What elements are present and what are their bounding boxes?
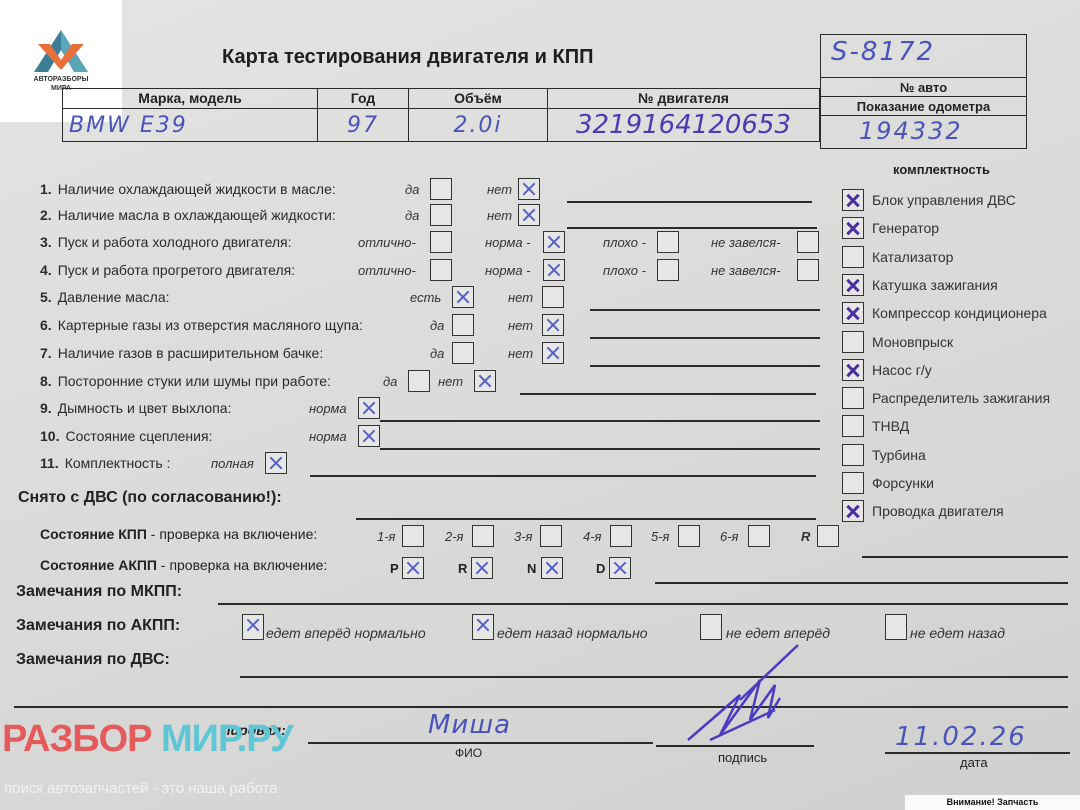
manual-gear-label: 2-я [445, 529, 464, 544]
note-line[interactable] [380, 448, 820, 450]
check-number: 3. [40, 234, 52, 250]
check-number: 2. [40, 207, 52, 223]
checkbox[interactable] [543, 231, 565, 253]
manual-gear-checkbox[interactable] [748, 525, 770, 547]
remarks-dvs-field[interactable] [240, 676, 1068, 678]
manual-gearbox-notes[interactable] [862, 556, 1068, 558]
manual-gear-label: 1-я [377, 529, 396, 544]
date-field[interactable] [885, 752, 1070, 754]
check-number: 11. [40, 455, 59, 471]
checkbox[interactable] [430, 204, 452, 226]
col-header-volume: Объём [454, 90, 502, 106]
col-header-engine-no: № двигателя [638, 90, 729, 106]
manual-gearbox-label-rest: - проверка на включение: [147, 526, 317, 542]
option-label: да [383, 374, 397, 389]
auto-gear-checkbox[interactable] [541, 557, 563, 579]
check-item-11: 11.Комплектность : [40, 455, 171, 471]
checkbox[interactable] [542, 286, 564, 308]
akpp-option-checkbox[interactable] [242, 614, 264, 640]
checkbox[interactable] [452, 342, 474, 364]
check-number: 1. [40, 181, 52, 197]
checkbox[interactable] [452, 286, 474, 308]
site-tagline: поиск автозапчастей - это наша работа [4, 780, 278, 797]
manual-gearbox-label: Состояние КПП [40, 526, 147, 542]
manual-gear-label: 5-я [651, 529, 670, 544]
check-label: Посторонние стуки или шумы при работе: [58, 373, 331, 389]
option-label: норма - [485, 263, 531, 278]
check-label: Наличие газов в расширительном бачке: [58, 345, 324, 361]
completeness-item: Блок управления ДВС [872, 192, 1016, 208]
date-value: 11.02.26 [895, 722, 1027, 752]
checkbox[interactable] [408, 370, 430, 392]
manual-gear-label: 3-я [514, 529, 533, 544]
checkbox[interactable] [430, 259, 452, 281]
car-info-box: S-8172 № авто Показание одометра 194332 [820, 34, 1027, 149]
auto-gearbox-label-rest: - проверка на включение: [157, 557, 327, 573]
note-line[interactable] [590, 365, 820, 367]
completeness-checkbox[interactable] [842, 444, 864, 466]
option-label: да [430, 318, 444, 333]
manual-gear-checkbox[interactable] [817, 525, 839, 547]
option-label: полная [211, 456, 254, 471]
auto-gear-label: R [458, 561, 467, 576]
checkbox[interactable] [542, 342, 564, 364]
completeness-item: Распределитель зажигания [872, 390, 1050, 406]
removed-label: Снято с ДВС (по согласованию!): [18, 489, 282, 507]
check-item-4: 4.Пуск и работа прогретого двигателя: [40, 262, 295, 278]
checkbox[interactable] [657, 259, 679, 281]
completeness-item: Турбина [872, 447, 926, 463]
completeness-checkbox[interactable] [842, 331, 864, 353]
option-label: нет [508, 346, 533, 361]
akpp-option-label: едет назад нормально [497, 625, 648, 641]
remarks-extra-line [14, 706, 1068, 708]
check-item-3: 3.Пуск и работа холодного двигателя: [40, 234, 292, 250]
checkbox[interactable] [474, 370, 496, 392]
check-label: Комплектность : [65, 455, 171, 471]
vehicle-table: Марка, модель Год Объём № двигателя BMW … [62, 88, 820, 142]
logo-text-1: АВТОРАЗБОРЫ [0, 76, 122, 83]
note-line[interactable] [380, 420, 820, 422]
signature-icon [680, 640, 810, 750]
manual-gear-label: 6-я [720, 529, 739, 544]
check-item-6: 6.Картерные газы из отверстия масляного … [40, 317, 363, 333]
option-label: нет [438, 374, 463, 389]
check-number: 6. [40, 317, 52, 333]
checkbox[interactable] [797, 259, 819, 281]
akpp-option-label: не едет назад [910, 625, 1005, 641]
manual-gear-checkbox[interactable] [610, 525, 632, 547]
check-label: Давление масла: [58, 289, 170, 305]
option-label: отлично- [358, 263, 416, 278]
completeness-checkbox[interactable] [842, 359, 864, 381]
remarks-akpp-label: Замечания по АКПП: [16, 617, 180, 635]
completeness-item: Генератор [872, 220, 939, 236]
check-item-2: 2.Наличие масла в охлаждающей жидкости: [40, 207, 336, 223]
option-label: нет [487, 182, 512, 197]
option-label: норма [309, 401, 347, 416]
volume-value: 2.0i [453, 113, 502, 138]
auto-gear-checkbox[interactable] [609, 557, 631, 579]
name-field[interactable] [308, 742, 653, 744]
completeness-checkbox[interactable] [842, 387, 864, 409]
completeness-item: Насос г/у [872, 362, 932, 378]
name-caption: ФИО [455, 746, 482, 760]
page-title: Карта тестирования двигателя и КПП [222, 46, 593, 69]
check-item-8: 8.Посторонние стуки или шумы при работе: [40, 373, 331, 389]
check-number: 7. [40, 345, 52, 361]
check-label: Пуск и работа холодного двигателя: [58, 234, 292, 250]
option-label: норма - [485, 235, 531, 250]
akpp-option-checkbox[interactable] [885, 614, 907, 640]
completeness-checkbox[interactable] [842, 274, 864, 296]
auto-gear-label: D [596, 561, 605, 576]
akpp-option-label: не едет вперёд [726, 625, 830, 641]
checkbox[interactable] [430, 231, 452, 253]
remarks-dvs-label: Замечания по ДВС: [16, 651, 170, 669]
manual-gear-checkbox[interactable] [402, 525, 424, 547]
option-label: да [405, 182, 419, 197]
completeness-item: Форсунки [872, 475, 934, 491]
checkbox[interactable] [452, 314, 474, 336]
auto-gear-checkbox[interactable] [402, 557, 424, 579]
signature-caption: подпись [718, 750, 767, 765]
akpp-option-label: едет вперёд нормально [266, 625, 426, 641]
check-label: Наличие масла в охлаждающей жидкости: [58, 207, 336, 223]
completeness-item: Моновпрыск [872, 334, 953, 350]
check-label: Пуск и работа прогретого двигателя: [58, 262, 295, 278]
engine-number-value: 3219164120653 [576, 110, 791, 140]
manual-gear-checkbox[interactable] [678, 525, 700, 547]
checkbox[interactable] [657, 231, 679, 253]
checkbox[interactable] [542, 314, 564, 336]
completeness-checkbox[interactable] [842, 500, 864, 522]
checkbox[interactable] [518, 204, 540, 226]
check-item-9: 9.Дымность и цвет выхлопа: [40, 400, 231, 416]
check-label: Состояние сцепления: [65, 428, 212, 444]
auto-gear-label: N [527, 561, 536, 576]
remarks-mkpp-field[interactable] [218, 603, 1068, 605]
completeness-checkbox[interactable] [842, 472, 864, 494]
option-label: отлично- [358, 235, 416, 250]
checkbox[interactable] [430, 178, 452, 200]
completeness-item: Компрессор кондиционера [872, 305, 1047, 321]
removed-field[interactable] [356, 518, 816, 520]
check-item-10: 10.Состояние сцепления: [40, 428, 212, 444]
akpp-option-checkbox[interactable] [472, 614, 494, 640]
completeness-item: Катализатор [872, 249, 953, 265]
note-line[interactable] [567, 201, 812, 203]
note-line[interactable] [520, 393, 816, 395]
model-value: BMW E39 [69, 113, 188, 138]
car-number-value: S-8172 [831, 37, 935, 67]
check-number: 9. [40, 400, 52, 416]
col-header-model: Марка, модель [138, 90, 241, 106]
notice-banner: Внимание! Запчасть разукомплектована! [905, 795, 1080, 810]
auto-gearbox-notes[interactable] [655, 582, 1068, 584]
check-number: 4. [40, 262, 52, 278]
check-item-7: 7.Наличие газов в расширительном бачке: [40, 345, 323, 361]
year-value: 97 [347, 113, 379, 138]
check-number: 5. [40, 289, 52, 305]
check-label: Картерные газы из отверстия масляного щу… [58, 317, 363, 333]
completeness-item: Проводка двигателя [872, 503, 1004, 519]
option-label: нет [508, 318, 533, 333]
completeness-title: комплектность [893, 162, 990, 177]
manual-gear-checkbox[interactable] [472, 525, 494, 547]
check-label: Наличие охлаждающей жидкости в масле: [58, 181, 336, 197]
option-label: норма [309, 429, 347, 444]
completeness-item: ТНВД [872, 418, 909, 434]
odometer-value: 194332 [859, 117, 963, 145]
auto-gear-checkbox[interactable] [471, 557, 493, 579]
auto-gear-label: P [390, 561, 399, 576]
completeness-checkbox[interactable] [842, 302, 864, 324]
note-line[interactable] [590, 337, 820, 339]
check-number: 10. [40, 428, 59, 444]
note-line[interactable] [567, 227, 817, 229]
completeness-item: Катушка зажигания [872, 277, 998, 293]
note-line[interactable] [590, 309, 820, 311]
checkbox[interactable] [518, 178, 540, 200]
option-label: не завелся- [711, 263, 781, 278]
date-caption: дата [960, 755, 988, 770]
option-label: не завелся- [711, 235, 781, 250]
completeness-checkbox[interactable] [842, 189, 864, 211]
auto-gearbox-label: Состояние АКПП [40, 557, 157, 573]
completeness-checkbox[interactable] [842, 246, 864, 268]
checkbox[interactable] [358, 397, 380, 419]
option-label: нет [487, 208, 512, 223]
option-label: плохо - [603, 235, 646, 250]
logo-mark-icon [30, 28, 92, 73]
manual-gear-label: 4-я [583, 529, 602, 544]
checkbox[interactable] [358, 425, 380, 447]
checkbox[interactable] [543, 259, 565, 281]
note-line[interactable] [310, 475, 816, 477]
completeness-checkbox[interactable] [842, 217, 864, 239]
akpp-option-checkbox[interactable] [700, 614, 722, 640]
site-watermark: РАЗБОР МИР.РУ [2, 718, 293, 761]
manual-gear-checkbox[interactable] [540, 525, 562, 547]
car-number-label: № авто [821, 80, 1026, 95]
option-label: плохо - [603, 263, 646, 278]
checkbox[interactable] [265, 452, 287, 474]
remarks-mkpp-label: Замечания по МКПП: [16, 583, 182, 601]
col-header-year: Год [351, 90, 376, 106]
manual-gear-label: R [801, 529, 810, 544]
odometer-label: Показание одометра [821, 99, 1026, 114]
checkbox[interactable] [797, 231, 819, 253]
completeness-checkbox[interactable] [842, 415, 864, 437]
option-label: да [430, 346, 444, 361]
option-label: есть [410, 290, 441, 305]
name-value: Миша [428, 710, 511, 740]
check-item-5: 5.Давление масла: [40, 289, 170, 305]
check-number: 8. [40, 373, 52, 389]
check-label: Дымность и цвет выхлопа: [58, 400, 232, 416]
option-label: да [405, 208, 419, 223]
check-item-1: 1.Наличие охлаждающей жидкости в масле: [40, 181, 336, 197]
option-label: нет [508, 290, 533, 305]
